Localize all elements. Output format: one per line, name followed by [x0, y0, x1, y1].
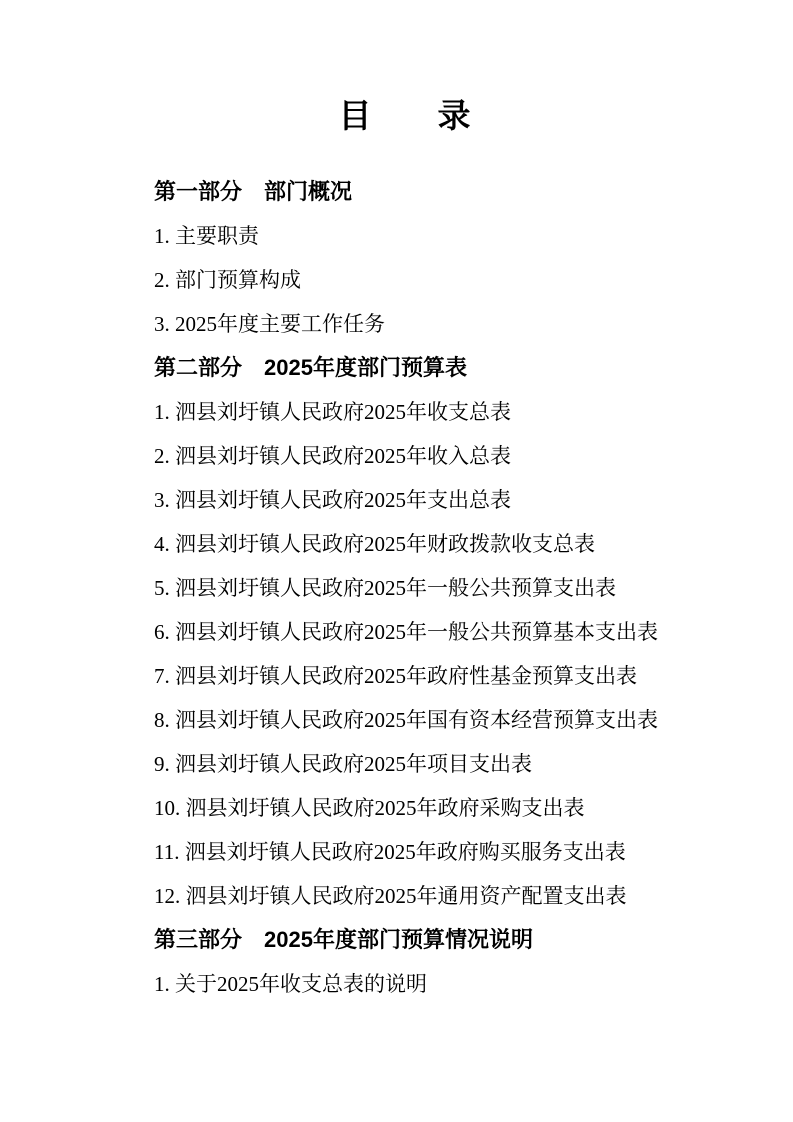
toc-item: 1. 泗县刘圩镇人民政府2025年收支总表	[154, 390, 655, 434]
page-content: 目 录 第一部分 部门概况 1. 主要职责 2. 部门预算构成 3. 2025年…	[0, 0, 793, 1006]
toc-item: 1. 主要职责	[154, 214, 655, 258]
toc-item: 5. 泗县刘圩镇人民政府2025年一般公共预算支出表	[154, 566, 655, 610]
toc-item: 6. 泗县刘圩镇人民政府2025年一般公共预算基本支出表	[154, 610, 655, 654]
toc-item: 2. 泗县刘圩镇人民政府2025年收入总表	[154, 434, 655, 478]
toc-heading-part-2: 第二部分 2025年度部门预算表	[154, 346, 655, 390]
table-of-contents: 第一部分 部门概况 1. 主要职责 2. 部门预算构成 3. 2025年度主要工…	[154, 170, 655, 1006]
document-page: 目 录 第一部分 部门概况 1. 主要职责 2. 部门预算构成 3. 2025年…	[0, 0, 793, 1122]
toc-item: 3. 2025年度主要工作任务	[154, 302, 655, 346]
toc-item: 4. 泗县刘圩镇人民政府2025年财政拨款收支总表	[154, 522, 655, 566]
toc-item: 9. 泗县刘圩镇人民政府2025年项目支出表	[154, 742, 655, 786]
toc-item: 11. 泗县刘圩镇人民政府2025年政府购买服务支出表	[154, 830, 655, 874]
toc-heading-part-1: 第一部分 部门概况	[154, 170, 655, 214]
toc-item: 12. 泗县刘圩镇人民政府2025年通用资产配置支出表	[154, 874, 655, 918]
toc-heading-part-3: 第三部分 2025年度部门预算情况说明	[154, 918, 655, 962]
toc-item: 7. 泗县刘圩镇人民政府2025年政府性基金预算支出表	[154, 654, 655, 698]
toc-item: 1. 关于2025年收支总表的说明	[154, 962, 655, 1006]
toc-item: 2. 部门预算构成	[154, 258, 655, 302]
toc-item: 3. 泗县刘圩镇人民政府2025年支出总表	[154, 478, 655, 522]
toc-item: 8. 泗县刘圩镇人民政府2025年国有资本经营预算支出表	[154, 698, 655, 742]
page-title: 目 录	[154, 92, 655, 140]
toc-item: 10. 泗县刘圩镇人民政府2025年政府采购支出表	[154, 786, 655, 830]
